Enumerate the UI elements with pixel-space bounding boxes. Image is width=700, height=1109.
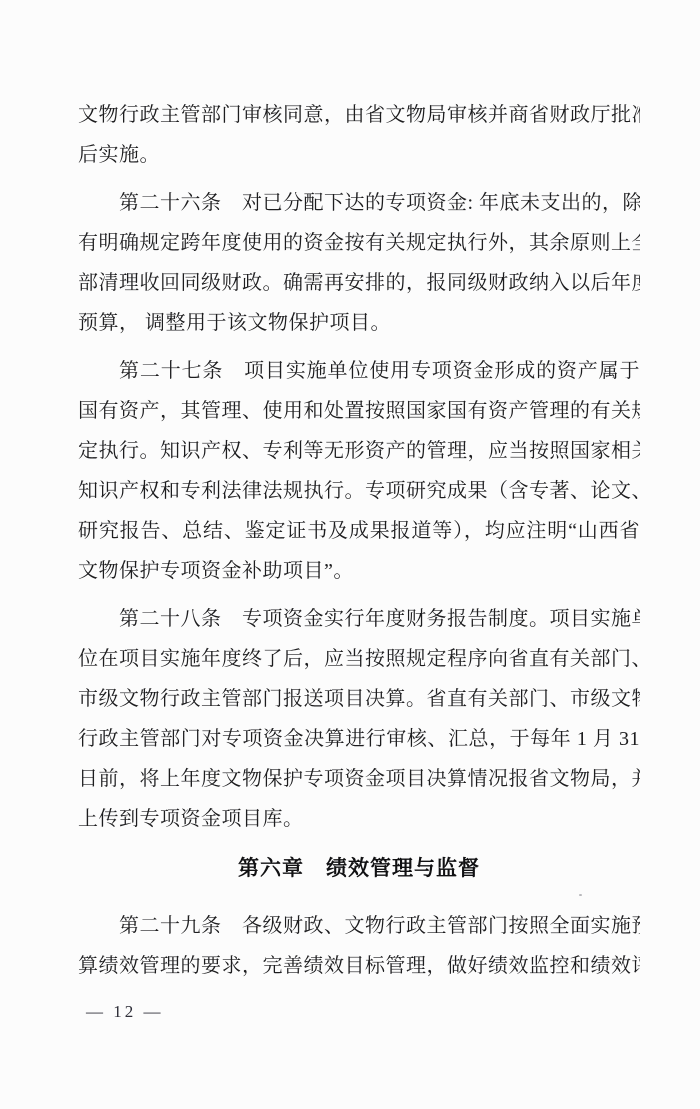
scan-artifact-dot (579, 894, 582, 896)
text-line: 第二十六条 对已分配下达的专项资金: 年底未支出的，除 (78, 183, 640, 223)
text-line: 文物保护专项资金补助项目”。 (78, 551, 640, 591)
text-line: 第二十八条 专项资金实行年度财务报告制度。项目实施单 (78, 599, 640, 639)
chapter-heading: 第六章 绩效管理与监督 (78, 849, 640, 889)
text-line: 部清理收回同级财政。确需再安排的，报同级财政纳入以后年度 (78, 263, 640, 303)
page-number: — 12 — (86, 1000, 164, 1024)
paragraph-article-26: 第二十六条 对已分配下达的专项资金: 年底未支出的，除 有明确规定跨年度使用的资… (78, 183, 640, 343)
text-line: 市级文物行政主管部门报送项目决算。省直有关部门、市级文物 (78, 679, 640, 719)
paragraph-article-28: 第二十八条 专项资金实行年度财务报告制度。项目实施单 位在项目实施年度终了后，应… (78, 599, 640, 839)
document-body: 文物行政主管部门审核同意，由省文物局审核并商省财政厅批准 后实施。 第二十六条 … (78, 95, 640, 994)
text-line: 知识产权和专利法律法规执行。专项研究成果（含专著、论文、 (78, 471, 640, 511)
document-page: 文物行政主管部门审核同意，由省文物局审核并商省财政厅批准 后实施。 第二十六条 … (0, 0, 700, 1109)
text-line: 有明确规定跨年度使用的资金按有关规定执行外，其余原则上全 (78, 223, 640, 263)
text-line: 文物行政主管部门审核同意，由省文物局审核并商省财政厅批准 (78, 95, 640, 135)
paragraph-article-29: 第二十九条 各级财政、文物行政主管部门按照全面实施预 算绩效管理的要求，完善绩效… (78, 906, 640, 986)
text-line: 第二十七条 项目实施单位使用专项资金形成的资产属于 (78, 351, 640, 391)
text-line: 预算， 调整用于该文物保护项目。 (78, 303, 640, 343)
paragraph: 文物行政主管部门审核同意，由省文物局审核并商省财政厅批准 后实施。 (78, 95, 640, 175)
text-line: 上传到专项资金项目库。 (78, 799, 640, 839)
text-line: 第二十九条 各级财政、文物行政主管部门按照全面实施预 (78, 906, 640, 946)
text-line: 后实施。 (78, 135, 640, 175)
text-line: 行政主管部门对专项资金决算进行审核、汇总，于每年 1 月 31 (78, 719, 640, 759)
text-line: 位在项目实施年度终了后，应当按照规定程序向省直有关部门、 (78, 639, 640, 679)
text-line: 日前，将上年度文物保护专项资金项目决算情况报省文物局，并 (78, 759, 640, 799)
text-line: 国有资产，其管理、使用和处置按照国家国有资产管理的有关规 (78, 391, 640, 431)
text-line: 定执行。知识产权、专利等无形资产的管理，应当按照国家相关 (78, 431, 640, 471)
paragraph-article-27: 第二十七条 项目实施单位使用专项资金形成的资产属于 国有资产，其管理、使用和处置… (78, 351, 640, 591)
text-line: 算绩效管理的要求，完善绩效目标管理，做好绩效监控和绩效评 (78, 946, 640, 986)
text-line: 研究报告、总结、鉴定证书及成果报道等），均应注明“山西省 (78, 511, 640, 551)
